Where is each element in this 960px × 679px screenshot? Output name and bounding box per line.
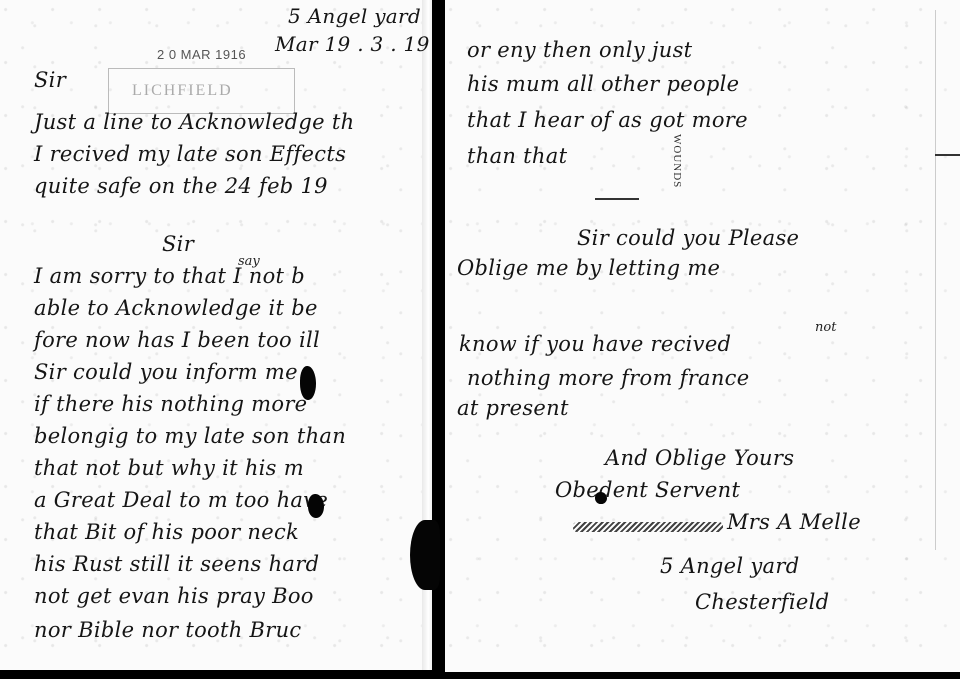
letter-line: Sir could you Please <box>577 226 799 250</box>
letter-line: nor Bible nor tooth Bruc <box>34 618 302 642</box>
stamp-rule <box>935 154 960 156</box>
insertion-above: not <box>815 320 836 335</box>
ink-blot <box>308 494 324 518</box>
header-address: 5 Angel yard <box>288 4 421 28</box>
torn-hole <box>410 520 440 590</box>
letter-page-left: 5 Angel yard Mar 19 . 3 . 19 2 0 MAR 191… <box>0 0 432 670</box>
letter-line: belongig to my late son than <box>34 424 346 448</box>
header-date: Mar 19 . 3 . 19 <box>275 32 430 56</box>
signature: Mrs A Melle <box>727 510 861 534</box>
closing-line: Obedent Servent <box>555 478 740 502</box>
received-stamp-place: LICHFIELD <box>132 82 233 100</box>
ink-blot <box>300 366 316 400</box>
letter-line: if there his nothing more <box>34 392 307 416</box>
letter-page-right: or eny then only just his mum all other … <box>445 0 960 672</box>
letter-line: his Rust still it seens hard <box>34 552 319 576</box>
letter-line: quite safe on the 24 feb 19 <box>34 174 328 198</box>
letter-line: at present <box>457 396 569 420</box>
salutation: Sir <box>34 68 66 92</box>
letter-line: than that <box>467 144 567 168</box>
stamp-rule <box>595 198 639 200</box>
letter-line: or eny then only just <box>467 38 692 62</box>
letter-line: nothing more from france <box>467 366 749 390</box>
letter-line: I am sorry to that I not b <box>34 264 305 288</box>
letter-line: that Bit of his poor neck <box>34 520 299 544</box>
letter-line: that not but why it his m <box>34 456 304 480</box>
letter-line: Oblige me by letting me <box>457 256 720 280</box>
received-stamp-date: 2 0 MAR 1916 <box>157 47 246 62</box>
ink-blot <box>595 492 607 504</box>
letter-line: Sir could you inform me <box>34 360 298 384</box>
letter-line: fore now has I been too ill <box>34 328 320 352</box>
letter-line: Just a line to Acknowledge th <box>34 110 354 134</box>
second-salutation: Sir <box>162 232 194 256</box>
letter-line: able to Acknowledge it be <box>34 296 318 320</box>
letter-line: I recived my late son Effects <box>34 142 346 166</box>
letter-line: know if you have recived <box>459 332 731 356</box>
wounds-stamp: WOUNDS <box>671 134 683 188</box>
crossed-out-word <box>573 522 723 532</box>
letter-line: a Great Deal to m too have <box>34 488 328 512</box>
letter-line: that I hear of as got more <box>467 108 748 132</box>
sender-address-line: 5 Angel yard <box>660 554 799 578</box>
page-crease <box>935 10 936 550</box>
letter-line: his mum all other people <box>467 72 739 96</box>
sender-address-line: Chesterfield <box>695 590 829 614</box>
closing-line: And Oblige Yours <box>605 446 794 470</box>
letter-line: not get evan his pray Boo <box>34 584 314 608</box>
